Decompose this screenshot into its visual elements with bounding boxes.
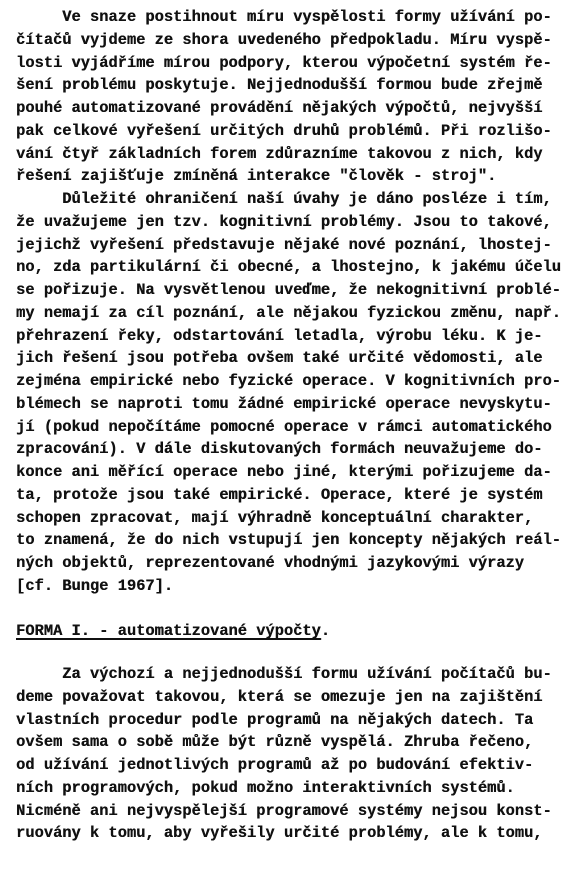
text-line: Nicméně ani nejvyspělejší programové sys… xyxy=(16,800,576,823)
section-intro: Ve snaze postihnout míru vyspělosti form… xyxy=(16,6,576,598)
paragraph: Důležité ohraničení naší úvahy je dáno p… xyxy=(16,188,576,598)
blank-line xyxy=(16,643,576,663)
text-line: jejichž vyřešení představuje nějaké nové… xyxy=(16,234,576,257)
section-heading-title: FORMA I. - automatizované výpočty xyxy=(16,622,321,640)
text-line: ných objektů, reprezentované vhodnými ja… xyxy=(16,552,576,575)
text-line: jich řešení jsou potřeba ovšem také urči… xyxy=(16,347,576,370)
text-line: schopen zpracovat, mají výhradně koncept… xyxy=(16,507,576,530)
text-line: blémech se naproti tomu žádné empirické … xyxy=(16,393,576,416)
section-heading: FORMA I. - automatizované výpočty. xyxy=(16,620,576,643)
text-line: že uvažujeme jen tzv. kognitivní problém… xyxy=(16,211,576,234)
text-line: zpracování). V dále diskutovaných formác… xyxy=(16,438,576,461)
text-line: se pořizuje. Na vysvětlenou uveďme, že n… xyxy=(16,279,576,302)
text-line: přehrazení řeky, odstartování letadla, v… xyxy=(16,325,576,348)
text-line: čítačů vyjdeme ze shora uvedeného předpo… xyxy=(16,29,576,52)
text-line: jí (pokud nepočítáme pomocné operace v r… xyxy=(16,416,576,439)
text-line: losti vyjádříme mírou podpory, kterou vý… xyxy=(16,52,576,75)
text-line: no, zda partikulární či obecné, a lhoste… xyxy=(16,256,576,279)
text-line: to znamená, že do nich vstupují jen konc… xyxy=(16,529,576,552)
text-line: Za výchozí a nejjednodušší formu užívání… xyxy=(16,663,576,686)
text-line: Ve snaze postihnout míru vyspělosti form… xyxy=(16,6,576,29)
paragraph: Za výchozí a nejjednodušší formu užívání… xyxy=(16,663,576,845)
typewritten-page: Ve snaze postihnout míru vyspělosti form… xyxy=(16,6,576,845)
text-line: Důležité ohraničení naší úvahy je dáno p… xyxy=(16,188,576,211)
text-line: vání čtyř základních forem zdůrazníme ta… xyxy=(16,143,576,166)
text-line: ta, protože jsou také empirické. Operace… xyxy=(16,484,576,507)
text-line: [cf. Bunge 1967]. xyxy=(16,575,576,598)
text-line: deme považovat takovou, která se omezuje… xyxy=(16,686,576,709)
text-line: šení problému poskytuje. Nejjednodušší f… xyxy=(16,74,576,97)
text-line: konce ani měřící operace nebo jiné, kter… xyxy=(16,461,576,484)
section-heading-period: . xyxy=(321,622,330,640)
text-line: řešení zajišťuje zmíněná interakce "člov… xyxy=(16,165,576,188)
section-forma-1: Za výchozí a nejjednodušší formu užívání… xyxy=(16,663,576,845)
text-line: ruovány k tomu, aby vyřešily určité prob… xyxy=(16,822,576,845)
text-line: vlastních procedur podle programů na něj… xyxy=(16,709,576,732)
text-line: ních programových, pokud možno interakti… xyxy=(16,777,576,800)
text-line: zejména empirické nebo fyzické operace. … xyxy=(16,370,576,393)
blank-line xyxy=(16,598,576,621)
text-line: my nemají za cíl poznání, ale nějakou fy… xyxy=(16,302,576,325)
text-line: pouhé automatizované provádění nějakých … xyxy=(16,97,576,120)
text-line: od užívání jednotlivých programů až po b… xyxy=(16,754,576,777)
paragraph: Ve snaze postihnout míru vyspělosti form… xyxy=(16,6,576,188)
text-line: pak celkové vyřešení určitých druhů prob… xyxy=(16,120,576,143)
text-line: ovšem sama o sobě může být různě vyspělá… xyxy=(16,731,576,754)
